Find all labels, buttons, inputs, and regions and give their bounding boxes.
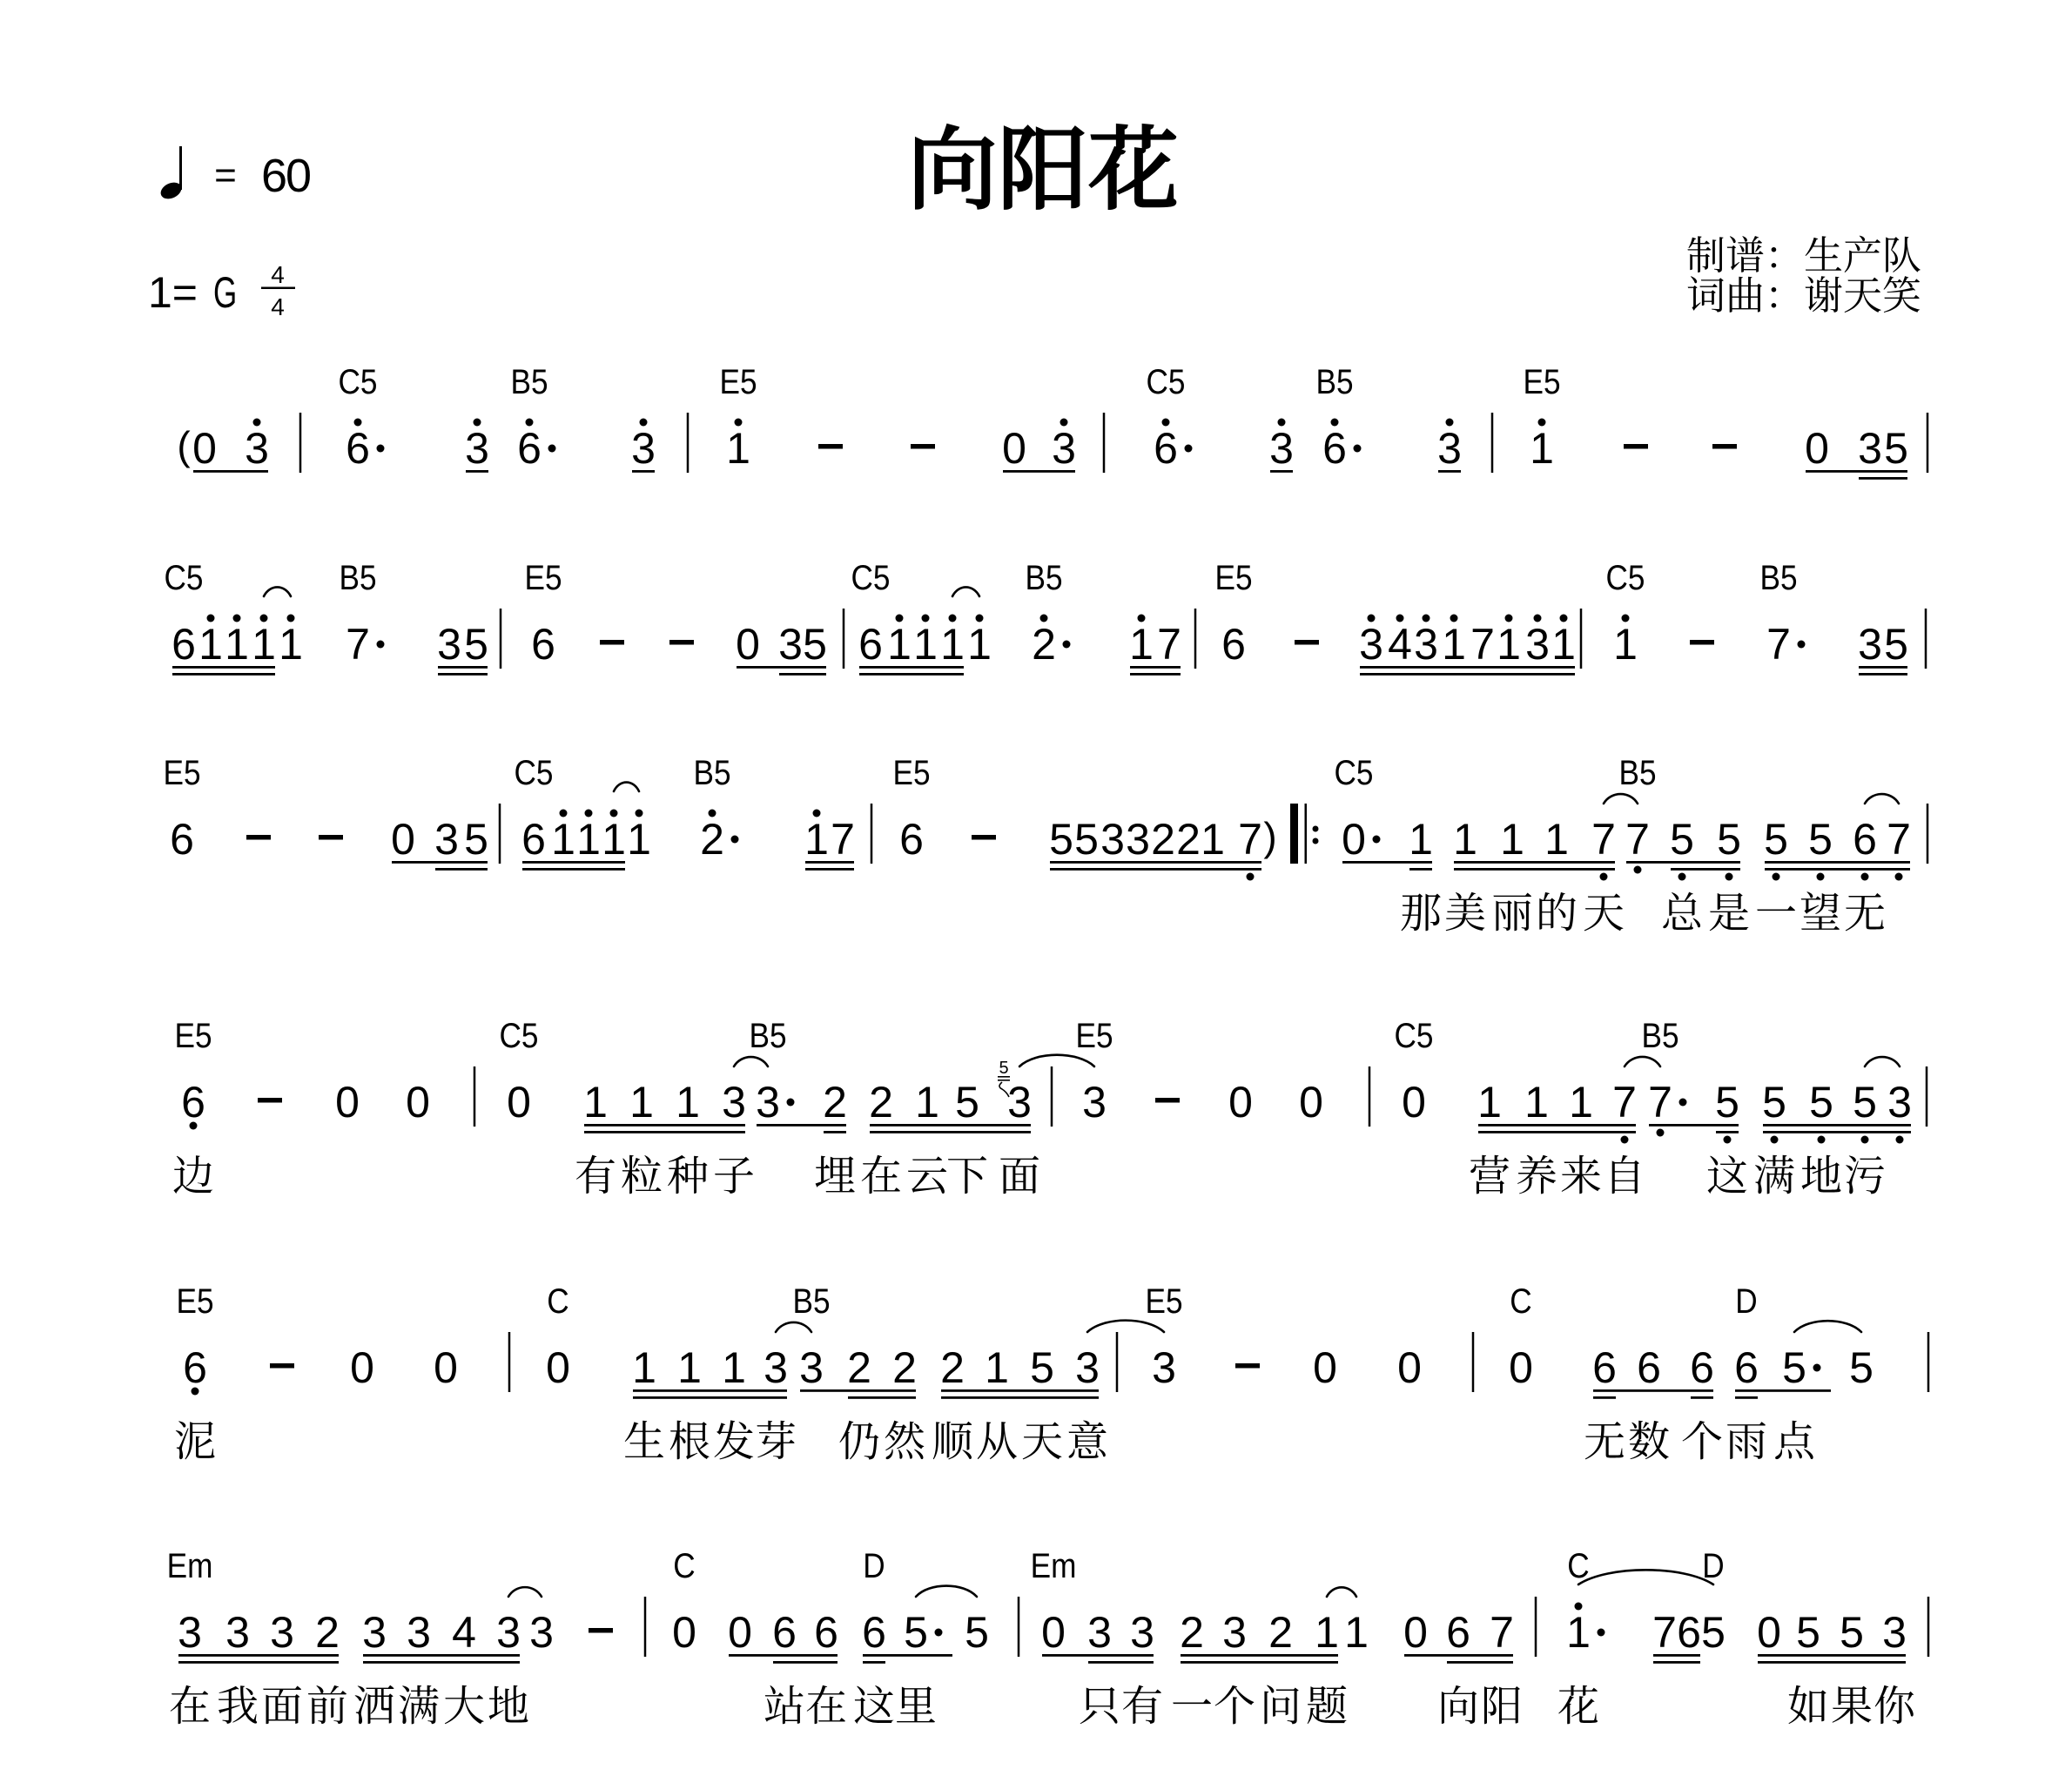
note: 5 — [1884, 620, 1908, 669]
underline — [824, 1131, 846, 1134]
lyric-char: 一 — [1755, 889, 1797, 938]
underline — [1859, 477, 1907, 480]
note: 5 — [1030, 1343, 1054, 1392]
lyric-char: 前 — [306, 1682, 348, 1731]
chord-label: E5 — [524, 558, 562, 597]
lyric-char: 根 — [669, 1417, 710, 1466]
underline — [1765, 868, 1910, 871]
note: 2 — [1151, 815, 1175, 864]
lyric-char: 有 — [575, 1152, 616, 1201]
note: 7 — [1766, 620, 1791, 669]
note: 3 — [1887, 1078, 1912, 1127]
chord-label: C — [547, 1282, 568, 1321]
lyric-char: 里 — [895, 1682, 937, 1731]
note: 7 — [1470, 620, 1495, 669]
barline — [299, 413, 302, 473]
rest-note: 0 — [406, 1078, 430, 1127]
chord-label: B5 — [792, 1282, 830, 1321]
duration-dash — [669, 640, 694, 645]
lyric-char: 满 — [398, 1682, 440, 1731]
note: 3 — [1222, 1608, 1247, 1657]
note: 1 — [1201, 815, 1225, 864]
lyric-char: 站 — [764, 1682, 805, 1731]
note: 5 — [1796, 1608, 1820, 1657]
note: 7 — [1490, 1608, 1514, 1657]
note: 5 — [1715, 1078, 1739, 1127]
lyric-char: 有 — [1121, 1682, 1163, 1731]
lyric-char: 是 — [1708, 889, 1750, 938]
underline — [1050, 861, 1261, 864]
note: 5 — [464, 815, 488, 864]
augmentation-dot — [1185, 445, 1193, 453]
underline — [859, 673, 964, 676]
note: 6 — [181, 1078, 205, 1127]
underline — [633, 1389, 787, 1392]
underline — [1859, 666, 1907, 669]
lyric-char: 果 — [1831, 1682, 1873, 1731]
chord-label: E5 — [719, 362, 757, 401]
note: 3 — [799, 1343, 824, 1392]
note: 1 — [1442, 620, 1466, 669]
underline — [1050, 868, 1261, 871]
chord-label: B5 — [693, 753, 730, 792]
augmentation-dot — [787, 1099, 795, 1107]
barline — [1927, 1332, 1930, 1392]
underline — [729, 1654, 838, 1657]
duration-dash — [270, 1363, 294, 1369]
rest-note: 0 — [1805, 424, 1829, 473]
underline — [1270, 470, 1293, 473]
note: 3 — [465, 424, 489, 473]
rest-note: 0 — [507, 1078, 531, 1127]
underline — [805, 868, 854, 871]
rest-note: 0 — [1403, 1608, 1428, 1657]
note: 1 — [1569, 1078, 1593, 1127]
chord-label: E5 — [892, 753, 930, 792]
lyric-char: 望 — [1800, 889, 1841, 938]
note: 1 — [632, 1343, 656, 1392]
lyric-char: 面 — [999, 1152, 1040, 1201]
octave-dot-below — [1726, 873, 1733, 881]
underline — [435, 868, 488, 871]
lyric-char: 然 — [884, 1417, 926, 1466]
note: 5 — [1670, 815, 1694, 864]
lyric-char: 个 — [1214, 1682, 1255, 1731]
octave-dot-above — [1450, 615, 1458, 622]
beat-group — [669, 640, 694, 645]
octave-dot-above — [253, 419, 261, 427]
note: 1 — [1544, 815, 1569, 864]
note: 5 — [1884, 424, 1908, 473]
barline — [500, 609, 502, 669]
beat-group — [1690, 640, 1714, 645]
beat-group: 035 — [736, 620, 827, 676]
barline — [508, 1332, 511, 1392]
note: 3 — [1152, 1343, 1176, 1392]
underline — [1763, 1131, 1911, 1134]
note: 1 — [677, 1343, 702, 1392]
octave-dot-below — [1600, 873, 1608, 881]
underline — [1653, 1661, 1700, 1664]
rest-note: 0 — [1313, 1343, 1337, 1392]
duration-dash — [972, 835, 996, 840]
note: 3 — [362, 1608, 387, 1657]
underline — [1653, 1654, 1700, 1657]
note: 5 — [1808, 815, 1833, 864]
octave-dot-above — [560, 810, 568, 817]
beat-group — [972, 835, 996, 840]
lyric-char: 在 — [805, 1682, 847, 1731]
close-parenthesis: ) — [1263, 814, 1276, 859]
lyric-char: 这 — [853, 1682, 895, 1731]
lyric-char: 的 — [1536, 889, 1578, 938]
note: 5 — [965, 1608, 989, 1657]
note: 3 — [434, 815, 459, 864]
augmentation-dot — [1354, 445, 1362, 453]
lyric-char: 向 — [1437, 1682, 1479, 1731]
beat-group: 3 — [1269, 419, 1294, 474]
note: 6 — [1690, 1343, 1714, 1392]
lyric-char: 洒 — [353, 1682, 395, 1731]
duration-dash — [1295, 640, 1319, 645]
note: 3 — [764, 1343, 788, 1392]
chord-label: C5 — [339, 362, 378, 401]
note: 1 — [1524, 1078, 1549, 1127]
note: 1 — [627, 815, 651, 864]
note: 3 — [496, 1608, 521, 1657]
note: 2 — [315, 1608, 340, 1657]
underline — [800, 1389, 916, 1392]
note: 3 — [1130, 1608, 1154, 1657]
note: 4 — [452, 1608, 476, 1657]
octave-dot-above — [233, 615, 241, 622]
octave-dot-above — [1505, 615, 1513, 622]
chord-label: C5 — [1395, 1016, 1434, 1055]
barline — [1535, 1597, 1537, 1657]
duration-dash — [1624, 444, 1648, 449]
beat-group — [270, 1363, 294, 1369]
note: 1 — [551, 815, 575, 864]
beat-group: 035 — [391, 815, 488, 871]
lyric-char: 自 — [1604, 1152, 1645, 1201]
note: 7 — [1591, 815, 1616, 864]
credit-lyrics-music: 词曲：谢天笑 — [1686, 272, 1921, 319]
duration-dash — [1712, 444, 1737, 449]
underline — [863, 1654, 952, 1657]
time-signature-bar — [261, 287, 295, 290]
grace-underline — [998, 1076, 1010, 1078]
note: 1 — [940, 620, 965, 669]
note: 1 — [1477, 1078, 1502, 1127]
duration-dash — [1690, 640, 1714, 645]
underline — [1765, 861, 1910, 864]
note: 7 — [1612, 1078, 1637, 1127]
note: 5 — [1849, 1343, 1874, 1392]
lyric-char: 花 — [1557, 1682, 1599, 1731]
note: 1 — [1344, 1608, 1369, 1657]
chord-label: C5 — [851, 558, 891, 597]
note: 3 — [1882, 1608, 1907, 1657]
tempo-bpm: 60 — [261, 150, 310, 202]
note: 6 — [1677, 1608, 1701, 1657]
lyric-char: 无 — [1584, 1417, 1625, 1466]
octave-dot-above — [640, 419, 648, 427]
underline — [1691, 1396, 1713, 1399]
note: 1 — [1500, 815, 1524, 864]
underline — [941, 1389, 1099, 1392]
rest-note: 0 — [335, 1078, 360, 1127]
octave-dot-above — [474, 419, 481, 427]
octave-dot-above — [1560, 615, 1568, 622]
augmentation-dot — [548, 445, 556, 453]
note: 6 — [1154, 424, 1178, 473]
tempo-equals: = — [214, 154, 237, 197]
note: 7 — [1625, 815, 1650, 864]
lyric-char: 生 — [623, 1417, 665, 1466]
underline — [392, 861, 488, 864]
underline — [1806, 470, 1907, 473]
octave-dot-below — [1818, 1136, 1826, 1144]
chord-label: C5 — [165, 558, 204, 597]
note: 1 — [722, 1343, 746, 1392]
lyric-char: 满 — [1753, 1152, 1795, 1201]
note: 2 — [847, 1343, 871, 1392]
note: 2 — [700, 815, 724, 864]
underline — [1130, 666, 1181, 669]
underline — [1593, 1396, 1616, 1399]
lyric-char: 面 — [261, 1682, 303, 1731]
note: 7 — [1648, 1078, 1672, 1127]
chord-label: E5 — [1145, 1282, 1182, 1321]
chord-label: B5 — [749, 1016, 786, 1055]
augmentation-dot — [1598, 1629, 1605, 1637]
note: 6 — [858, 620, 883, 669]
lyric-char: 云 — [906, 1152, 948, 1201]
note: 3 — [1414, 620, 1438, 669]
time-signature-numerator: 4 — [271, 261, 285, 288]
note: 5 — [464, 620, 488, 669]
beat-group — [1624, 444, 1648, 449]
octave-dot-below — [1817, 873, 1825, 881]
beat-group — [246, 835, 271, 840]
augmentation-dot — [1813, 1364, 1821, 1372]
note: 6 — [772, 1608, 797, 1657]
octave-dot-above — [585, 810, 593, 817]
lyric-char: 如 — [1787, 1682, 1829, 1731]
octave-dot-above — [813, 810, 821, 817]
chord-label: B5 — [1025, 558, 1062, 597]
octave-dot-above — [735, 419, 743, 427]
underline — [805, 861, 854, 864]
song-title: 向阳花 — [907, 117, 1179, 223]
underline — [1593, 1389, 1713, 1392]
note: 7 — [346, 620, 370, 669]
octave-dot-above — [1575, 1603, 1583, 1611]
beat-group — [1155, 1098, 1180, 1103]
octave-dot-below — [1657, 1129, 1665, 1137]
underline — [1671, 868, 1740, 871]
lyric-char: 题 — [1306, 1682, 1348, 1731]
lyric-char: 仍 — [838, 1417, 880, 1466]
key-one-equals: 1= — [148, 268, 198, 317]
barline — [1194, 609, 1197, 669]
note: 1 — [583, 1078, 608, 1127]
note: 2 — [869, 1078, 893, 1127]
lyric-char: 从 — [976, 1417, 1018, 1466]
octave-dot-below — [192, 1388, 199, 1396]
lyric-char: 意 — [1066, 1417, 1108, 1466]
note: 6 — [531, 620, 555, 669]
octave-dot-above — [1446, 419, 1454, 427]
underline — [1454, 861, 1615, 864]
note: 5 — [1809, 1078, 1833, 1127]
rest-note: 0 — [1342, 815, 1366, 864]
underline — [1360, 673, 1575, 676]
octave-dot-above — [1331, 419, 1339, 427]
rest-note: 0 — [1402, 1078, 1426, 1127]
lyric-char: 在 — [860, 1152, 902, 1201]
barline — [1491, 413, 1494, 473]
underline — [1859, 673, 1907, 676]
lyric-char: 丽 — [1491, 889, 1533, 938]
note: 1 — [1409, 815, 1433, 864]
barline — [871, 804, 873, 864]
barline — [644, 1597, 647, 1657]
note: 5 — [955, 1078, 979, 1127]
octave-dot-above — [1040, 615, 1048, 622]
barline — [687, 413, 690, 473]
barline — [1103, 413, 1106, 473]
beat-group — [1235, 1363, 1260, 1369]
note: 1 — [887, 620, 912, 669]
lyric-char: 污 — [1844, 1152, 1886, 1201]
note: 7 — [831, 815, 855, 864]
note: 1 — [676, 1078, 700, 1127]
note: 1 — [985, 1343, 1009, 1392]
barline — [1926, 1066, 1928, 1127]
octave-dot-above — [1060, 419, 1068, 427]
octave-dot-above — [636, 810, 643, 817]
lyric-char: 这 — [1706, 1152, 1748, 1201]
note: 3 — [1858, 424, 1882, 473]
octave-dot-above — [1368, 615, 1376, 622]
beat-group: 0 — [335, 1078, 360, 1127]
underline — [1649, 1124, 1739, 1127]
repeat-dot — [1313, 838, 1319, 844]
lyric-char: 来 — [1560, 1152, 1602, 1201]
duration-dash — [600, 640, 624, 645]
note: 1 — [915, 1078, 939, 1127]
lyric-char: 一 — [1171, 1682, 1213, 1731]
note: 2 — [892, 1343, 917, 1392]
underline — [757, 1124, 846, 1127]
lyric-char: 粒 — [621, 1152, 663, 1201]
barline — [1018, 1597, 1020, 1657]
lyric-char: 边 — [172, 1152, 214, 1201]
lyric-char: 泥 — [174, 1417, 216, 1466]
note: 1 — [967, 620, 992, 669]
octave-dot-above — [1396, 615, 1404, 622]
beat-group: 0 — [434, 1343, 458, 1392]
note: 7 — [1238, 815, 1262, 864]
underline — [1404, 1654, 1513, 1657]
rest-note: 0 — [1228, 1078, 1253, 1127]
chord-label: B5 — [339, 558, 376, 597]
octave-dot-above — [922, 615, 930, 622]
beat-group — [258, 1098, 282, 1103]
note: 1 — [1315, 1608, 1339, 1657]
octave-dot-below — [1896, 1136, 1904, 1144]
note: 7 — [1157, 620, 1181, 669]
chord-label: C5 — [515, 753, 554, 792]
rest-note: 0 — [672, 1608, 696, 1657]
note: 6 — [183, 1343, 207, 1392]
lyric-char: 数 — [1628, 1417, 1670, 1466]
underline — [1181, 1654, 1338, 1657]
rest-note: 0 — [350, 1343, 374, 1392]
lyric-char: 大 — [443, 1682, 485, 1731]
lyric-char: 顺 — [932, 1417, 974, 1466]
duration-dash — [818, 444, 843, 449]
beat-group — [1712, 444, 1737, 449]
octave-dot-below — [1773, 873, 1780, 881]
octave-dot-below — [1771, 1136, 1779, 1144]
note: 3 — [407, 1608, 431, 1657]
chord-label: E5 — [174, 1016, 212, 1055]
lyric-char: 天 — [1583, 889, 1625, 938]
note: 1 — [198, 620, 223, 669]
octave-dot-below — [1247, 873, 1255, 881]
underline — [1130, 673, 1181, 676]
note: 6 — [517, 424, 542, 473]
note: 3 — [245, 424, 269, 473]
barline — [1580, 609, 1583, 669]
note: 3 — [1525, 620, 1550, 669]
beat-group — [589, 1628, 613, 1633]
note: 3 — [1126, 815, 1150, 864]
underline — [870, 1131, 1031, 1134]
note: 1 — [629, 1078, 654, 1127]
rest-note: 0 — [1041, 1608, 1066, 1657]
beat-group: 0 — [1299, 1078, 1323, 1127]
repeat-thick-bar — [1290, 804, 1298, 864]
chord-label: E5 — [1214, 558, 1252, 597]
barline — [843, 609, 845, 669]
barline — [1051, 1066, 1053, 1127]
octave-dot-above — [709, 810, 716, 817]
underline — [848, 1396, 916, 1399]
underline — [1088, 1661, 1154, 1664]
underline — [1626, 861, 1740, 864]
note: 5 — [1853, 1078, 1877, 1127]
underline — [1042, 1654, 1154, 1657]
note: 3 — [529, 1608, 554, 1657]
underline — [1360, 666, 1575, 669]
underline — [863, 1661, 885, 1664]
beat-group: 3 — [465, 419, 489, 474]
note: 6 — [172, 620, 196, 669]
octave-dot-above — [287, 615, 295, 622]
note: 6 — [1734, 1343, 1759, 1392]
note: 6 — [899, 815, 924, 864]
octave-dot-below — [1621, 1136, 1629, 1144]
note: 5 — [1049, 815, 1073, 864]
underline — [178, 1654, 339, 1657]
chord-label: E5 — [163, 753, 200, 792]
underline — [1716, 1131, 1739, 1134]
note: 6 — [814, 1608, 838, 1657]
octave-dot-below — [1724, 1136, 1732, 1144]
